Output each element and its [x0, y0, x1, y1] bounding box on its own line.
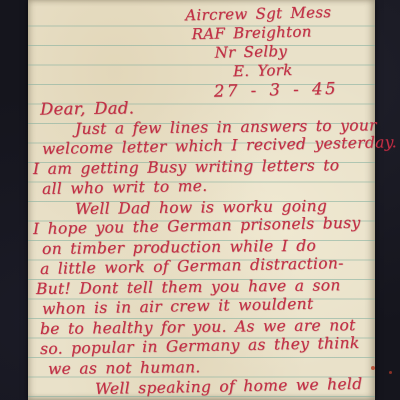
- letter-header: Aircrew Sgt Mess RAF Breighton Nr Selby …: [28, 2, 377, 105]
- letter-paper: Aircrew Sgt Mess RAF Breighton Nr Selby …: [28, 0, 375, 400]
- scan-background: Aircrew Sgt Mess RAF Breighton Nr Selby …: [0, 0, 400, 400]
- ink-speck: [389, 371, 392, 374]
- ink-speck: [371, 366, 375, 370]
- salutation: Dear, Dad.: [40, 98, 135, 118]
- letter-line: Well speaking of home we held: [95, 374, 375, 399]
- letter-body: Just a few lines in answers to your welc…: [28, 119, 375, 399]
